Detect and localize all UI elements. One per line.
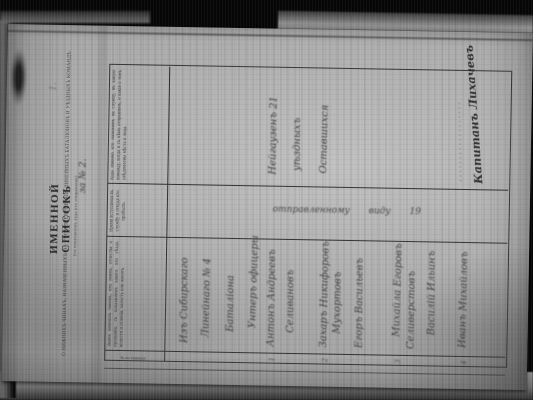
handwritten-entry: Иванъ Михайловъ (457, 251, 470, 348)
signature-dotted-line: .................. (452, 76, 463, 182)
row-number: 2 (320, 358, 329, 363)
handwritten-unit-line: Изъ Сибирскаго (179, 257, 191, 343)
handwritten-entry: Василій Ильинъ (426, 251, 438, 336)
column-header-destination: Куда именно кто назначенъ на службу, въ … (110, 70, 130, 180)
handwritten-unit-line: Линейнаго № 4 (200, 258, 213, 338)
handwritten-entry: Мухортовъ (332, 272, 344, 334)
column-header-names: Званіе нижнихъ чиновъ, ихъ имена, отчест… (107, 241, 127, 347)
page-number-mark: 1. (49, 82, 59, 91)
handwritten-destination: уѣздныхъ (292, 118, 303, 172)
reference-note-handwritten: за № 2. (77, 158, 89, 193)
document-content: 1. ИМЕННОЙ СПИСОКЪ О НИЖНИХЪ ЧИНАХЪ, НАЗ… (2, 24, 533, 389)
handwritten-entry: Селивановъ (285, 270, 296, 333)
table-outer-rule (104, 368, 505, 376)
column-header-number: № по порядку (120, 355, 146, 361)
handwritten-entry: Егоръ Васильевъ (354, 258, 366, 348)
row-number: 3 (393, 359, 402, 364)
row-number: 1 (267, 357, 276, 362)
handwritten-entry: Антонъ Андреевъ (265, 249, 278, 347)
underlying-sheet-edge (0, 11, 150, 23)
document-page: 1. ИМЕННОЙ СПИСОКЪ О НИЖНИХЪ ЧИНАХЪ, НАЗ… (2, 24, 533, 390)
scanned-document-photo: 1. ИМЕННОЙ СПИСОКЪ О НИЖНИХЪ ЧИНАХЪ, НАЗ… (0, 0, 533, 400)
column-header-time: Время вступленія въ службу и откуда кто … (109, 188, 128, 234)
handwritten-destination: Оставшихся (318, 105, 331, 174)
handwritten-entry: Селиверстовъ (405, 271, 417, 349)
handwritten-unit-line: Баталіона (225, 275, 237, 332)
handwritten-destination: Нейгаузенъ 21 (267, 96, 279, 175)
row-number: 4 (459, 360, 468, 365)
